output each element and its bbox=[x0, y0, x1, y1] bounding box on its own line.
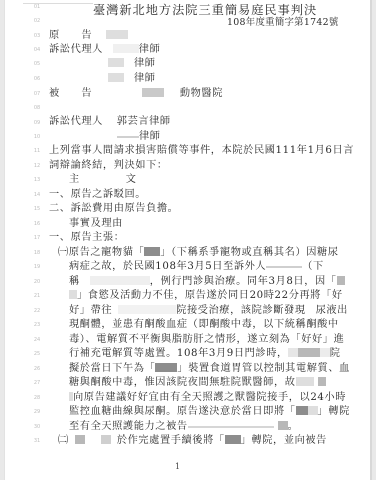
redacted-pet-name bbox=[144, 247, 160, 256]
redacted-pet-name bbox=[225, 435, 241, 444]
redacted-name bbox=[288, 348, 298, 357]
main-text-heading: 主 文 bbox=[69, 174, 140, 186]
line-number: 06 bbox=[30, 76, 44, 82]
redacted-name bbox=[117, 136, 139, 138]
line-number: 20 bbox=[30, 279, 44, 285]
plaintiff-agent-row: 訴訟代理人 律師 bbox=[49, 44, 160, 56]
line-number: 27 bbox=[30, 380, 44, 386]
line-number: 02 bbox=[30, 18, 44, 24]
para1-line-9: 擬於當日下午為「」裝置食道胃管以控制其電解質、血 bbox=[69, 363, 350, 375]
line-number: 30 bbox=[30, 424, 44, 430]
line-number: 05 bbox=[30, 61, 44, 67]
line-number: 22 bbox=[30, 308, 44, 314]
line-number: 12 bbox=[30, 163, 44, 169]
intro-line-2: 詞辯論終結，判決如下： bbox=[49, 160, 168, 172]
line-number: 15 bbox=[30, 206, 44, 212]
para1-line-3: 稱，例行門診與治療。同年3月8日，因「 bbox=[69, 276, 345, 288]
plaintiff-agent-label: 訴訟代理人 bbox=[49, 44, 103, 55]
redacted-name bbox=[113, 44, 139, 53]
redacted-pet-name bbox=[155, 363, 177, 372]
redacted-name bbox=[108, 58, 124, 67]
section-1-heading: 一、原告主張： bbox=[49, 232, 125, 244]
para1-line-4: 」食慾及活動力不佳，原告遂於同日20時22分再將「好 bbox=[69, 290, 343, 302]
para1-line-8: 行補充電解質等處置。108年3月9日門診時，院 bbox=[69, 348, 341, 360]
redacted-name bbox=[320, 348, 330, 357]
redacted-name bbox=[298, 348, 320, 357]
redacted-name bbox=[108, 73, 124, 82]
redacted-name bbox=[101, 435, 111, 444]
para1-line-10: 糖與酮酸中毒，惟因該院夜間無駐院獸醫師，故 bbox=[69, 377, 326, 389]
para1-line-13: 至有全天照護能力之被告。 bbox=[69, 421, 298, 433]
defendant-label: 被 告 bbox=[49, 88, 92, 99]
main-text-item-2: 二、訴訟費用由原告負擔。 bbox=[49, 203, 178, 215]
line-number: 01 bbox=[30, 4, 44, 10]
line-number: 26 bbox=[30, 366, 44, 372]
para1-line-5: 好」帶往院接受治療，該院診斷發現尿液出 bbox=[69, 305, 348, 317]
line-number: 31 bbox=[30, 438, 44, 444]
redacted-name bbox=[318, 377, 326, 386]
para1-line-7: 毒）、電解質不平衡與脂肪肝之情形，遂立刻為「好好」進 bbox=[69, 334, 344, 346]
line-number: 18 bbox=[30, 250, 44, 256]
line-number: 24 bbox=[30, 337, 44, 343]
case-number: 108年度重簡字第1742號 bbox=[227, 14, 339, 28]
plaintiff-label: 原 告 bbox=[49, 30, 92, 41]
redacted-name bbox=[266, 266, 302, 268]
defendant-agent-row: 訴訟代理人 郭芸言律師 bbox=[49, 116, 171, 128]
redacted-name bbox=[188, 426, 274, 428]
line-number: 17 bbox=[30, 235, 44, 241]
para1-line-1: ㈠原告之寵物貓「」（下稱系爭寵物或直稱其名）因糖尿 bbox=[58, 247, 339, 259]
lawyer-title: 律師 bbox=[134, 73, 156, 84]
line-number: 14 bbox=[30, 192, 44, 198]
defendant-row: 被 告 動物醫院 bbox=[49, 88, 223, 100]
defendant-agent-row-2: 律師 bbox=[117, 131, 161, 143]
redacted-pet-name bbox=[308, 406, 318, 415]
para1-line-6: 現酮體，並患有酮酸血症（即酮酸中毒，以下統稱酮酸中 bbox=[69, 319, 339, 331]
line-number: 08 bbox=[30, 105, 44, 111]
para2-line-1: ㈡於作完處置手續後將「」轉院，並向被告 bbox=[58, 435, 327, 447]
redacted-pet-name bbox=[69, 290, 77, 299]
line-number: 13 bbox=[30, 177, 44, 183]
redacted-name bbox=[296, 377, 314, 386]
lawyer-title: 律師 bbox=[139, 131, 161, 142]
plaintiff-agent-row-2: 律師 bbox=[108, 58, 156, 70]
line-number: 21 bbox=[30, 293, 44, 299]
defendant-name: 動物醫院 bbox=[180, 88, 223, 99]
line-number: 10 bbox=[30, 134, 44, 140]
main-text-item-1: 一、原告之訴駁回。 bbox=[49, 189, 146, 201]
defendant-agent-label: 訴訟代理人 bbox=[49, 116, 103, 127]
redacted-name bbox=[106, 30, 128, 39]
line-number: 04 bbox=[30, 47, 44, 53]
line-number: 23 bbox=[30, 322, 44, 328]
defendant-agent-name: 郭芸言律師 bbox=[117, 116, 171, 127]
redacted-name bbox=[118, 305, 176, 314]
line-number: 28 bbox=[30, 395, 44, 401]
redacted-pet-name bbox=[296, 406, 308, 415]
document-page: 臺灣新北地方法院三重簡易庭民事判決 108年度重簡字第1742號 01 02 0… bbox=[4, 0, 372, 480]
line-number: 03 bbox=[30, 33, 44, 39]
redacted-name bbox=[142, 88, 164, 97]
line-number: 07 bbox=[30, 91, 44, 97]
redacted-pet-name bbox=[337, 276, 345, 285]
line-number: 16 bbox=[30, 221, 44, 227]
para1-line-11: 向原告建議好好宜由有全天照護之獸醫院接手，以24小時 bbox=[69, 392, 346, 404]
page-number: 1 bbox=[175, 462, 180, 471]
redacted-name bbox=[75, 435, 85, 444]
plaintiff-row: 原 告 bbox=[49, 30, 128, 42]
para1-line-2: 病症之故，於民國108年3月5日至訴外人（下 bbox=[69, 261, 324, 273]
lawyer-title: 律師 bbox=[139, 44, 161, 55]
line-number: 19 bbox=[30, 264, 44, 270]
facts-heading: 事實及理由 bbox=[69, 218, 123, 230]
line-number: 09 bbox=[30, 120, 44, 126]
line-number: 29 bbox=[30, 409, 44, 415]
line-number: 11 bbox=[30, 148, 44, 154]
line-number: 25 bbox=[30, 351, 44, 357]
lawyer-title: 律師 bbox=[134, 58, 156, 69]
para1-line-12: 監控血糖曲線與尿酮。原告遂決意於當日即將「」轉院 bbox=[69, 406, 350, 418]
redacted-name bbox=[90, 276, 150, 285]
redacted-name bbox=[278, 421, 288, 430]
intro-line-1: 上列當事人間請求損害賠償等事件，本院於民國111年1月6日言 bbox=[49, 145, 354, 157]
plaintiff-agent-row-3: 律師 bbox=[108, 73, 156, 85]
